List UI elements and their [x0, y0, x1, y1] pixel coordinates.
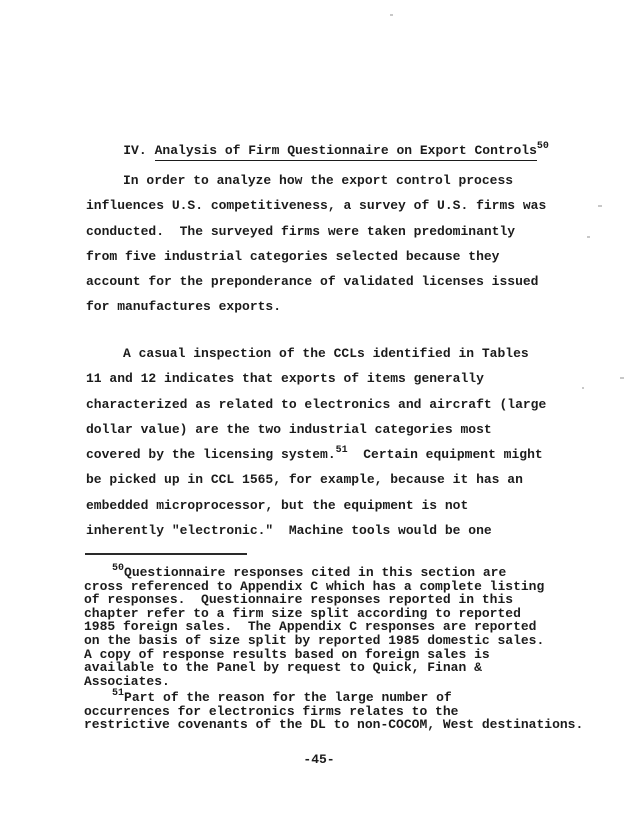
- footnote-line: 51Part of the reason for the large numbe…: [84, 691, 583, 705]
- section-heading: IV.Analysis of Firm Questionnaire on Exp…: [92, 128, 549, 173]
- paragraph-line: account for the preponderance of validat…: [86, 269, 546, 294]
- footnote-line: A copy of response results based on fore…: [84, 648, 544, 662]
- footnote-50: 50Questionnaire responses cited in this …: [84, 566, 544, 688]
- paragraph-line: 11 and 12 indicates that exports of item…: [86, 366, 546, 391]
- footnote-line: 1985 foreign sales. The Appendix C respo…: [84, 620, 544, 634]
- paragraph-line: conducted. The surveyed firms were taken…: [86, 219, 546, 244]
- paragraph-1: In order to analyze how the export contr…: [86, 168, 546, 320]
- section-number: IV.: [123, 143, 146, 158]
- paragraph-line: In order to analyze how the export contr…: [86, 168, 546, 193]
- footnote-line: available to the Panel by request to Qui…: [84, 661, 544, 675]
- footnote-line: on the basis of size split by reported 1…: [84, 634, 544, 648]
- scan-speck: [598, 205, 602, 207]
- heading-footnote-ref: 50: [537, 141, 549, 152]
- footnote-line: restrictive covenants of the DL to non-C…: [84, 718, 583, 732]
- footnote-number: 50: [112, 563, 124, 574]
- page-number: -45-: [0, 752, 638, 767]
- paragraph-2: A casual inspection of the CCLs identifi…: [86, 341, 546, 543]
- footnote-line: of responses. Questionnaire responses re…: [84, 593, 544, 607]
- paragraph-line: for manufactures exports.: [86, 294, 546, 319]
- footnote-text: Part of the reason for the large number …: [124, 690, 452, 705]
- footnote-line: occurrences for electronics firms relate…: [84, 705, 583, 719]
- document-page: IV.Analysis of Firm Questionnaire on Exp…: [0, 0, 638, 826]
- line-text: covered by the licensing system.: [86, 447, 336, 462]
- paragraph-line: dollar value) are the two industrial cat…: [86, 417, 546, 442]
- footnote-separator: [85, 553, 247, 555]
- paragraph-line: inherently "electronic." Machine tools w…: [86, 518, 546, 543]
- footnote-line: Associates.: [84, 675, 544, 689]
- footnote-line: 50Questionnaire responses cited in this …: [84, 566, 544, 580]
- paragraph-line: embedded microprocessor, but the equipme…: [86, 493, 546, 518]
- scan-speck: [582, 387, 584, 389]
- scan-speck: [390, 14, 393, 16]
- scan-speck: [587, 236, 590, 238]
- footnote-ref-51: 51: [336, 445, 348, 456]
- paragraph-line: influences U.S. competitiveness, a surve…: [86, 193, 546, 218]
- footnote-line: chapter refer to a firm size split accor…: [84, 607, 544, 621]
- footnote-number: 51: [112, 688, 124, 699]
- paragraph-line: characterized as related to electronics …: [86, 392, 546, 417]
- paragraph-line: A casual inspection of the CCLs identifi…: [86, 341, 546, 366]
- heading-title: Analysis of Firm Questionnaire on Export…: [155, 143, 537, 161]
- paragraph-line: from five industrial categories selected…: [86, 244, 546, 269]
- footnote-51: 51Part of the reason for the large numbe…: [84, 691, 583, 732]
- paragraph-line: be picked up in CCL 1565, for example, b…: [86, 467, 546, 492]
- paragraph-line: covered by the licensing system.51 Certa…: [86, 442, 546, 467]
- line-text: Certain equipment might: [348, 447, 543, 462]
- scan-speck: [620, 377, 624, 379]
- footnote-text: Questionnaire responses cited in this se…: [124, 565, 506, 580]
- footnote-line: cross referenced to Appendix C which has…: [84, 580, 544, 594]
